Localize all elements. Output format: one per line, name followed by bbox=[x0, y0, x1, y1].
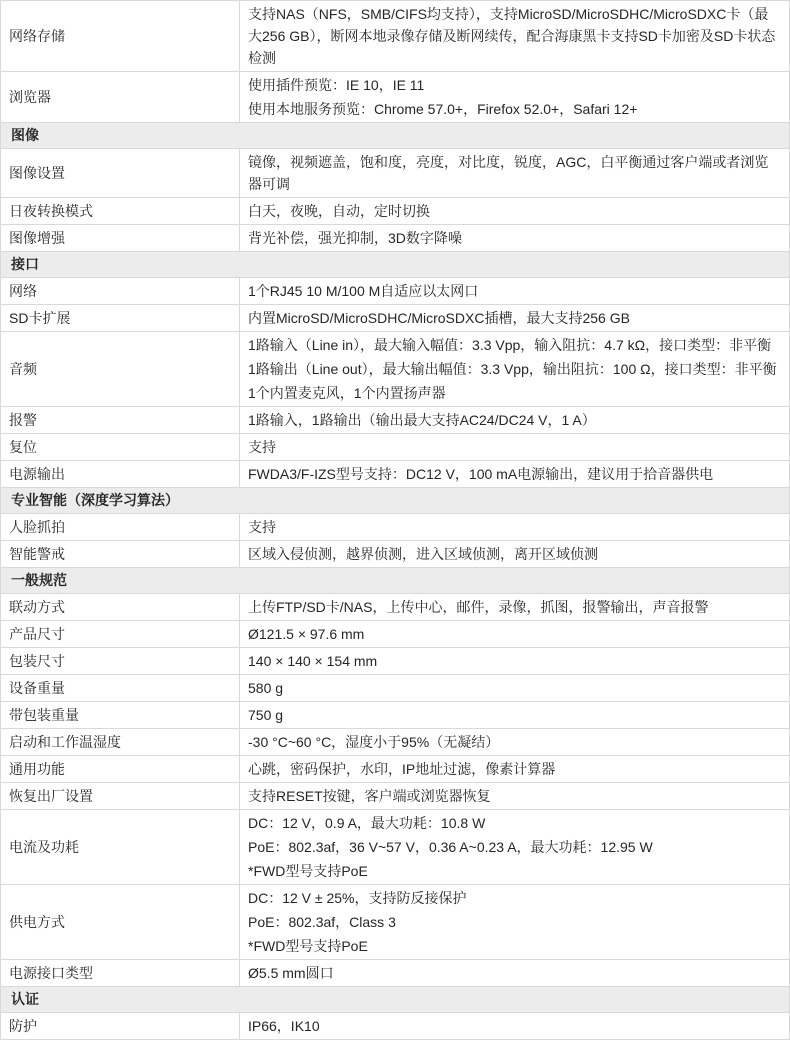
spec-value-line: 1路输入（Line in），最大输入幅值：3.3 Vpp，输入阻抗：4.7 kΩ… bbox=[248, 333, 781, 357]
spec-value: DC：12 V，0.9 A，最大功耗：10.8 WPoE：802.3af，36 … bbox=[240, 810, 790, 885]
spec-value: IP66，IK10 bbox=[240, 1013, 790, 1040]
spec-label: 浏览器 bbox=[1, 72, 240, 123]
spec-value: 心跳，密码保护，水印，IP地址过滤，像素计算器 bbox=[240, 756, 790, 783]
section-header: 接口 bbox=[1, 252, 790, 278]
spec-value-line: 140 × 140 × 154 mm bbox=[248, 649, 781, 673]
spec-table-body: 网络存储支持NAS（NFS，SMB/CIFS均支持），支持MicroSD/Mic… bbox=[1, 1, 790, 1040]
spec-value-line: 支持RESET按键，客户端或浏览器恢复 bbox=[248, 784, 781, 808]
spec-row: 浏览器使用插件预览：IE 10，IE 11使用本地服务预览：Chrome 57.… bbox=[1, 72, 790, 123]
spec-value-line: 1路输入，1路输出（输出最大支持AC24/DC24 V，1 A） bbox=[248, 408, 781, 432]
spec-value-line: 750 g bbox=[248, 703, 781, 727]
spec-value-line: 1个RJ45 10 M/100 M自适应以太网口 bbox=[248, 279, 781, 303]
spec-value-line: 内置MicroSD/MicroSDHC/MicroSDXC插槽，最大支持256 … bbox=[248, 306, 781, 330]
spec-value: Ø5.5 mm圆口 bbox=[240, 960, 790, 987]
spec-row: 恢复出厂设置支持RESET按键，客户端或浏览器恢复 bbox=[1, 783, 790, 810]
spec-table: 网络存储支持NAS（NFS，SMB/CIFS均支持），支持MicroSD/Mic… bbox=[0, 0, 790, 1040]
spec-label: 人脸抓拍 bbox=[1, 514, 240, 541]
spec-value-line: PoE：802.3af，36 V~57 V，0.36 A~0.23 A，最大功耗… bbox=[248, 835, 781, 859]
spec-row: 防护IP66，IK10 bbox=[1, 1013, 790, 1040]
spec-label: 供电方式 bbox=[1, 885, 240, 960]
spec-value: 区域入侵侦测，越界侦测，进入区域侦测，离开区域侦测 bbox=[240, 541, 790, 568]
spec-row: 日夜转换模式白天，夜晚，自动，定时切换 bbox=[1, 198, 790, 225]
spec-value: -30 °C~60 °C，湿度小于95%（无凝结） bbox=[240, 729, 790, 756]
spec-row: SD卡扩展内置MicroSD/MicroSDHC/MicroSDXC插槽，最大支… bbox=[1, 305, 790, 332]
spec-value-line: 1路输出（Line out），最大输出幅值：3.3 Vpp，输出阻抗：100 Ω… bbox=[248, 357, 781, 381]
spec-label: 图像设置 bbox=[1, 149, 240, 198]
spec-row: 复位支持 bbox=[1, 434, 790, 461]
spec-value: 白天，夜晚，自动，定时切换 bbox=[240, 198, 790, 225]
spec-label: 通用功能 bbox=[1, 756, 240, 783]
spec-value-line: 心跳，密码保护，水印，IP地址过滤，像素计算器 bbox=[248, 757, 781, 781]
spec-value-line: Ø121.5 × 97.6 mm bbox=[248, 622, 781, 646]
spec-row: 供电方式DC：12 V ± 25%，支持防反接保护PoE：802.3af，Cla… bbox=[1, 885, 790, 960]
spec-sheet-page: 网络存储支持NAS（NFS，SMB/CIFS均支持），支持MicroSD/Mic… bbox=[0, 0, 790, 1040]
spec-value-line: PoE：802.3af，Class 3 bbox=[248, 910, 781, 934]
spec-row: 包装尺寸140 × 140 × 154 mm bbox=[1, 648, 790, 675]
spec-row: 智能警戒区域入侵侦测，越界侦测，进入区域侦测，离开区域侦测 bbox=[1, 541, 790, 568]
spec-value-line: 区域入侵侦测，越界侦测，进入区域侦测，离开区域侦测 bbox=[248, 542, 781, 566]
spec-label: 电流及功耗 bbox=[1, 810, 240, 885]
spec-label: 带包装重量 bbox=[1, 702, 240, 729]
spec-label: 复位 bbox=[1, 434, 240, 461]
spec-label: 防护 bbox=[1, 1013, 240, 1040]
spec-value: 镜像，视频遮盖，饱和度，亮度，对比度，锐度，AGC，白平衡通过客户端或者浏览器可… bbox=[240, 149, 790, 198]
spec-row: 电源输出FWDA3/F-IZS型号支持：DC12 V，100 mA电源输出，建议… bbox=[1, 461, 790, 488]
spec-row: 电流及功耗DC：12 V，0.9 A，最大功耗：10.8 WPoE：802.3a… bbox=[1, 810, 790, 885]
section-row: 专业智能（深度学习算法） bbox=[1, 488, 790, 514]
spec-label: 智能警戒 bbox=[1, 541, 240, 568]
spec-row: 图像增强背光补偿，强光抑制，3D数字降噪 bbox=[1, 225, 790, 252]
spec-value-line: *FWD型号支持PoE bbox=[248, 934, 781, 958]
spec-label: 日夜转换模式 bbox=[1, 198, 240, 225]
section-row: 图像 bbox=[1, 123, 790, 149]
spec-value: 上传FTP/SD卡/NAS，上传中心，邮件，录像，抓图，报警输出，声音报警 bbox=[240, 594, 790, 621]
spec-row: 网络存储支持NAS（NFS，SMB/CIFS均支持），支持MicroSD/Mic… bbox=[1, 1, 790, 72]
spec-label: 网络 bbox=[1, 278, 240, 305]
spec-row: 人脸抓拍支持 bbox=[1, 514, 790, 541]
spec-value: 支持NAS（NFS，SMB/CIFS均支持），支持MicroSD/MicroSD… bbox=[240, 1, 790, 72]
spec-value: 1路输入，1路输出（输出最大支持AC24/DC24 V，1 A） bbox=[240, 407, 790, 434]
spec-value: 支持 bbox=[240, 434, 790, 461]
spec-row: 启动和工作温湿度-30 °C~60 °C，湿度小于95%（无凝结） bbox=[1, 729, 790, 756]
spec-label: 产品尺寸 bbox=[1, 621, 240, 648]
spec-value: 750 g bbox=[240, 702, 790, 729]
spec-value: 支持 bbox=[240, 514, 790, 541]
spec-value-line: DC：12 V，0.9 A，最大功耗：10.8 W bbox=[248, 811, 781, 835]
spec-row: 设备重量580 g bbox=[1, 675, 790, 702]
spec-label: 网络存储 bbox=[1, 1, 240, 72]
spec-value: 背光补偿，强光抑制，3D数字降噪 bbox=[240, 225, 790, 252]
spec-value: 内置MicroSD/MicroSDHC/MicroSDXC插槽，最大支持256 … bbox=[240, 305, 790, 332]
spec-label: 报警 bbox=[1, 407, 240, 434]
spec-value-line: FWDA3/F-IZS型号支持：DC12 V，100 mA电源输出，建议用于拾音… bbox=[248, 462, 781, 486]
spec-row: 音频1路输入（Line in），最大输入幅值：3.3 Vpp，输入阻抗：4.7 … bbox=[1, 332, 790, 407]
spec-value: Ø121.5 × 97.6 mm bbox=[240, 621, 790, 648]
spec-row: 电源接口类型Ø5.5 mm圆口 bbox=[1, 960, 790, 987]
spec-value-line: 白天，夜晚，自动，定时切换 bbox=[248, 199, 781, 223]
spec-value: 1路输入（Line in），最大输入幅值：3.3 Vpp，输入阻抗：4.7 kΩ… bbox=[240, 332, 790, 407]
spec-row: 产品尺寸Ø121.5 × 97.6 mm bbox=[1, 621, 790, 648]
spec-value-line: 使用本地服务预览：Chrome 57.0+，Firefox 52.0+，Safa… bbox=[248, 97, 781, 121]
spec-value: 使用插件预览：IE 10，IE 11使用本地服务预览：Chrome 57.0+，… bbox=[240, 72, 790, 123]
section-header: 一般规范 bbox=[1, 568, 790, 594]
spec-row: 通用功能心跳，密码保护，水印，IP地址过滤，像素计算器 bbox=[1, 756, 790, 783]
spec-value: 140 × 140 × 154 mm bbox=[240, 648, 790, 675]
spec-label: 启动和工作温湿度 bbox=[1, 729, 240, 756]
spec-value: DC：12 V ± 25%，支持防反接保护PoE：802.3af，Class 3… bbox=[240, 885, 790, 960]
section-header: 专业智能（深度学习算法） bbox=[1, 488, 790, 514]
spec-value: 支持RESET按键，客户端或浏览器恢复 bbox=[240, 783, 790, 810]
spec-row: 网络1个RJ45 10 M/100 M自适应以太网口 bbox=[1, 278, 790, 305]
spec-value-line: *FWD型号支持PoE bbox=[248, 859, 781, 883]
spec-row: 报警1路输入，1路输出（输出最大支持AC24/DC24 V，1 A） bbox=[1, 407, 790, 434]
section-row: 接口 bbox=[1, 252, 790, 278]
spec-value: 1个RJ45 10 M/100 M自适应以太网口 bbox=[240, 278, 790, 305]
spec-value-line: 上传FTP/SD卡/NAS，上传中心，邮件，录像，抓图，报警输出，声音报警 bbox=[248, 595, 781, 619]
section-header: 认证 bbox=[1, 987, 790, 1013]
spec-value-line: IP66，IK10 bbox=[248, 1014, 781, 1038]
spec-label: 电源输出 bbox=[1, 461, 240, 488]
spec-label: SD卡扩展 bbox=[1, 305, 240, 332]
spec-row: 图像设置镜像，视频遮盖，饱和度，亮度，对比度，锐度，AGC，白平衡通过客户端或者… bbox=[1, 149, 790, 198]
spec-label: 电源接口类型 bbox=[1, 960, 240, 987]
section-row: 认证 bbox=[1, 987, 790, 1013]
section-header: 图像 bbox=[1, 123, 790, 149]
spec-label: 包装尺寸 bbox=[1, 648, 240, 675]
spec-label: 联动方式 bbox=[1, 594, 240, 621]
spec-label: 设备重量 bbox=[1, 675, 240, 702]
spec-value-line: Ø5.5 mm圆口 bbox=[248, 961, 781, 985]
spec-value-line: 使用插件预览：IE 10，IE 11 bbox=[248, 73, 781, 97]
spec-value-line: 580 g bbox=[248, 676, 781, 700]
spec-value-line: 背光补偿，强光抑制，3D数字降噪 bbox=[248, 226, 781, 250]
spec-value-line: 支持 bbox=[248, 435, 781, 459]
spec-label: 图像增强 bbox=[1, 225, 240, 252]
spec-value: 580 g bbox=[240, 675, 790, 702]
spec-row: 联动方式上传FTP/SD卡/NAS，上传中心，邮件，录像，抓图，报警输出，声音报… bbox=[1, 594, 790, 621]
spec-label: 恢复出厂设置 bbox=[1, 783, 240, 810]
spec-value: FWDA3/F-IZS型号支持：DC12 V，100 mA电源输出，建议用于拾音… bbox=[240, 461, 790, 488]
spec-value-line: 支持NAS（NFS，SMB/CIFS均支持），支持MicroSD/MicroSD… bbox=[248, 2, 781, 70]
spec-value-line: 1个内置麦克风，1个内置扬声器 bbox=[248, 381, 781, 405]
section-row: 一般规范 bbox=[1, 568, 790, 594]
spec-label: 音频 bbox=[1, 332, 240, 407]
spec-value-line: -30 °C~60 °C，湿度小于95%（无凝结） bbox=[248, 730, 781, 754]
spec-row: 带包装重量750 g bbox=[1, 702, 790, 729]
spec-value-line: 支持 bbox=[248, 515, 781, 539]
spec-value-line: DC：12 V ± 25%，支持防反接保护 bbox=[248, 886, 781, 910]
spec-value-line: 镜像，视频遮盖，饱和度，亮度，对比度，锐度，AGC，白平衡通过客户端或者浏览器可… bbox=[248, 150, 781, 196]
